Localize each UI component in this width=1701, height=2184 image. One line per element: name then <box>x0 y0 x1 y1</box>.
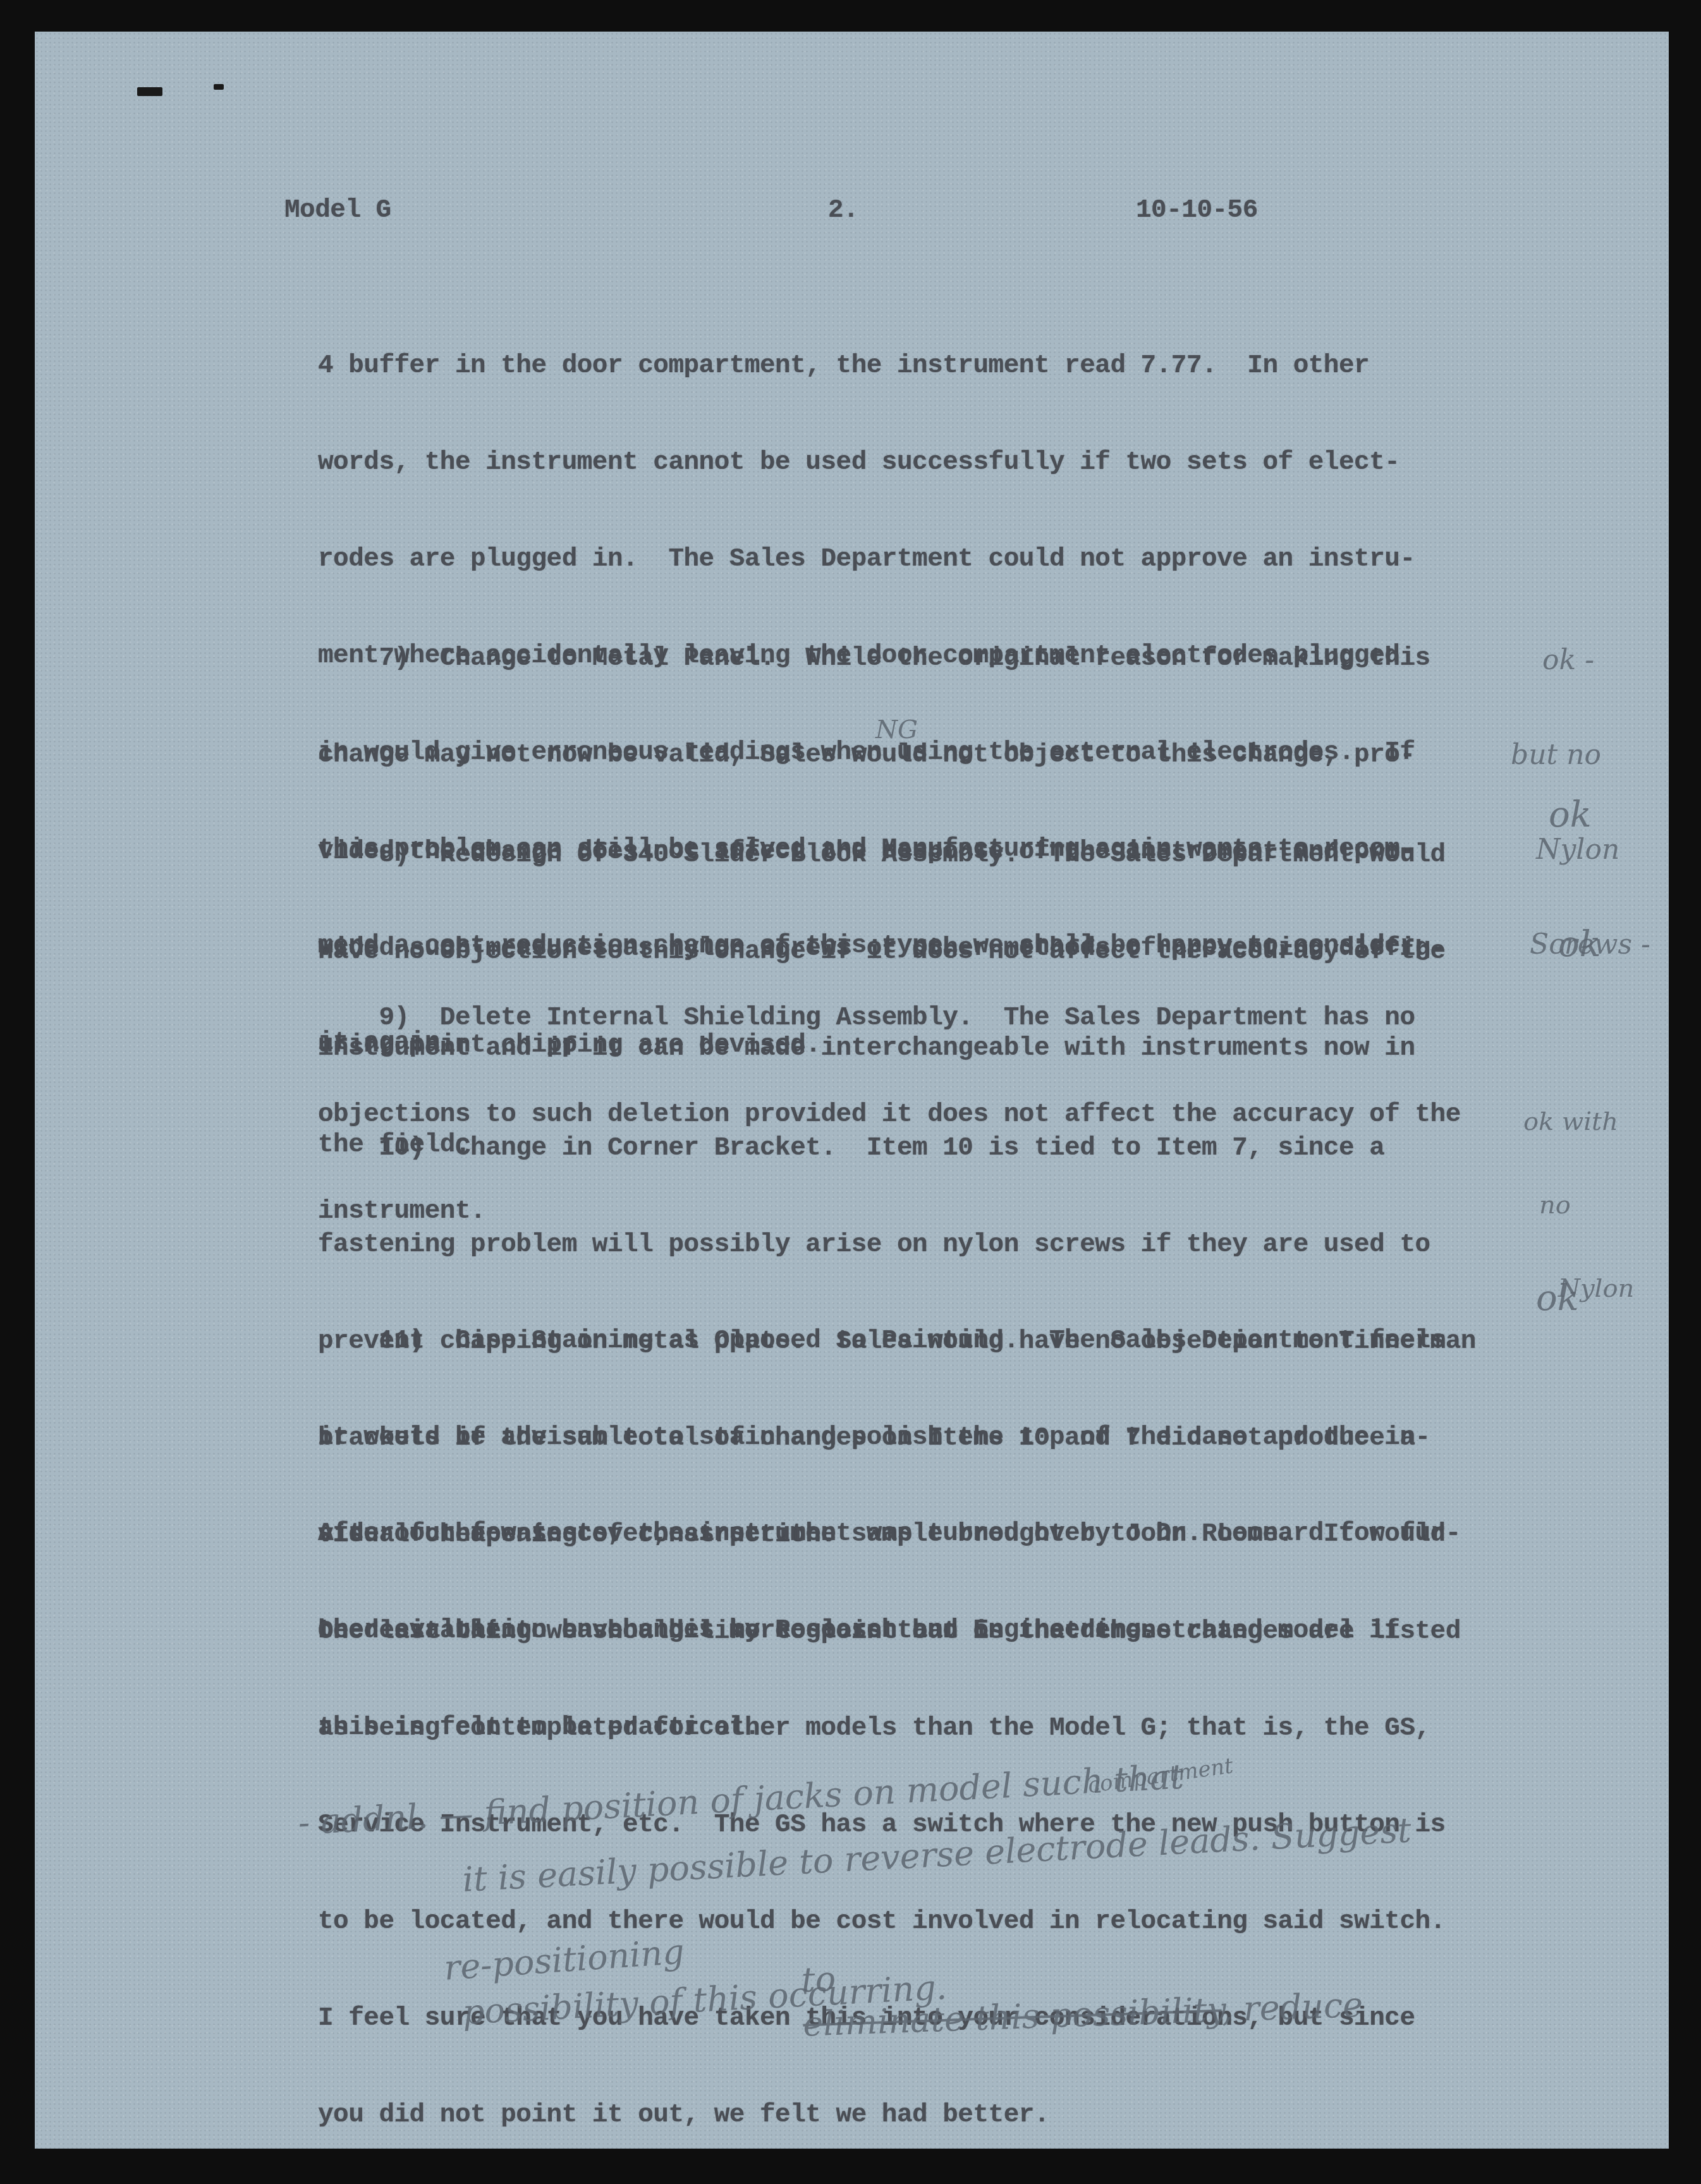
text-line: 11) Case Staining as Opposed to Painting… <box>318 1325 1446 1357</box>
header-page-number: 2. <box>828 195 858 227</box>
text-line: 9) Delete Internal Shielding Assembly. T… <box>318 1002 1461 1034</box>
text-line: 7) Change to Metal Panel. While the orig… <box>318 643 1446 675</box>
text-line: it would be advisable to stain and polis… <box>318 1422 1446 1454</box>
margin-note-item-8: ok <box>1549 799 1592 831</box>
text-line: After our few tests, the instrument was … <box>318 1518 1461 1550</box>
handwritten-ng-note: NG <box>875 714 918 746</box>
text-line: as being contemplated for other models t… <box>318 1713 1461 1745</box>
text-line: 4 buffer in the door compartment, the in… <box>318 350 1415 382</box>
margin-note-item-11: ok <box>1536 1283 1579 1314</box>
header-date: 10-10-56 <box>1136 195 1258 227</box>
text-line: 8) Redesign of 340 Slider Block Assembly… <box>318 839 1446 871</box>
text-line: rodes are plugged in. The Sales Departme… <box>318 543 1415 576</box>
note-line: ok - <box>1511 645 1650 676</box>
note-line: ok with <box>1523 1108 1634 1136</box>
text-line: you did not point it out, we felt we had… <box>318 2099 1461 2132</box>
margin-note-item-9: ok <box>1558 929 1601 961</box>
note-line: no <box>1523 1191 1634 1219</box>
text-line: One last thing we should like to point o… <box>318 1616 1461 1648</box>
text-line: words, the instrument cannot be used suc… <box>318 447 1415 479</box>
punch-hole-mark <box>137 87 162 96</box>
note-word: , reduce <box>1221 1985 1364 2030</box>
note-line: Nylon <box>1511 834 1650 866</box>
text-line: fastening problem will possibly arise on… <box>318 1229 1476 1261</box>
punch-hole-mark <box>214 84 224 90</box>
note-line: but no <box>1511 739 1650 771</box>
text-line: 10) Change in Corner Bracket. Item 10 is… <box>318 1132 1476 1165</box>
header-model: Model G <box>284 195 391 227</box>
